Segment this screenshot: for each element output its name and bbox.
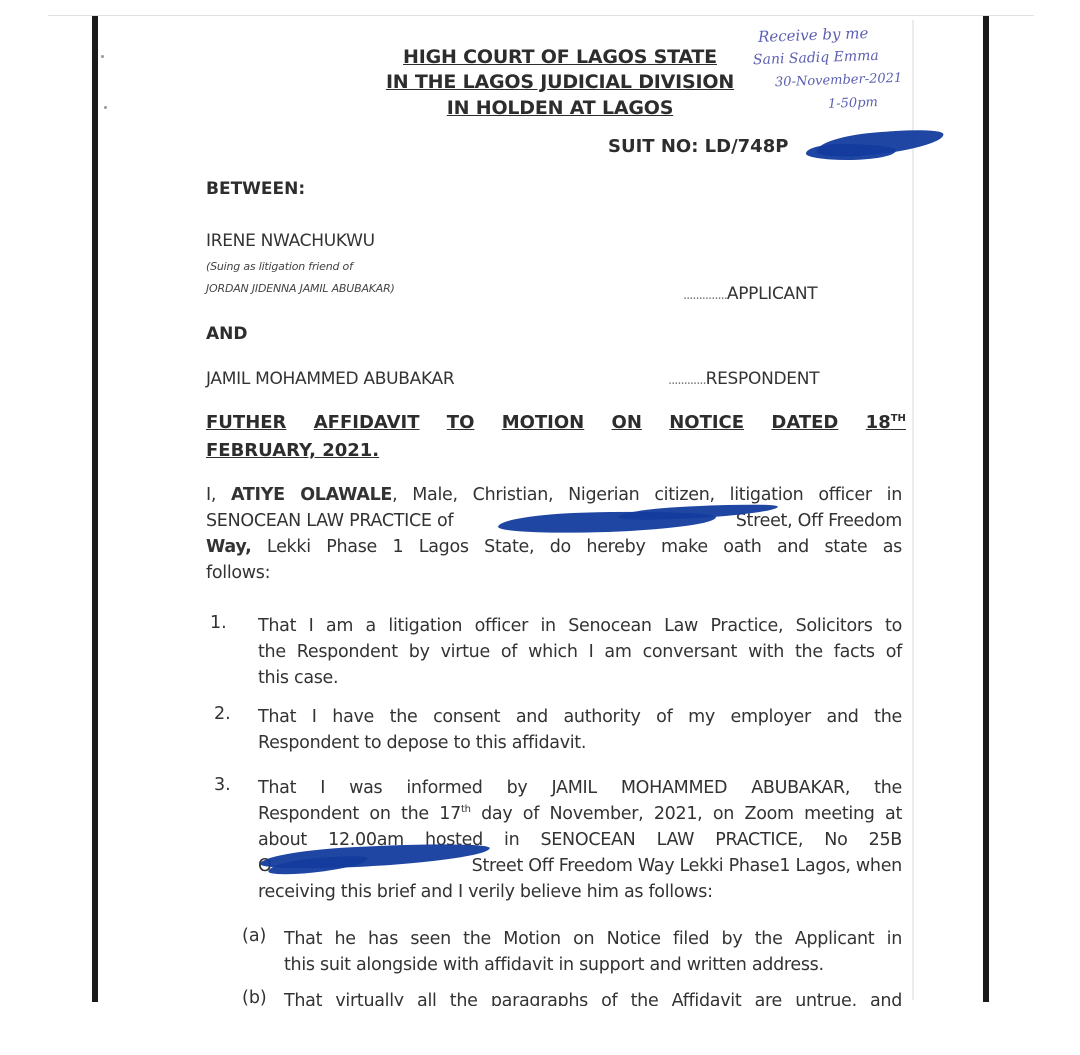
title-word: NOTICE (669, 412, 744, 433)
applicant-note-line-1: (Suing as litigation friend of (206, 260, 353, 273)
affidavit-page: HIGH COURT OF LAGOS STATE IN THE LAGOS J… (98, 16, 983, 1006)
respondent-name: JAMIL MOHAMMED ABUBAKAR (206, 369, 454, 389)
affidavit-title-line-2: FEBRUARY, 2021. (206, 440, 379, 461)
applicant-role: ..............APPLICANT (683, 284, 817, 304)
applicant-note-line-2: JORDAN JIDENNA JAMIL ABUBAKAR) (206, 282, 395, 295)
paragraph-2: That I have the consent and authority of… (258, 704, 902, 756)
sub-paragraph-label: (a) (242, 926, 266, 946)
leader-dots: .............. (683, 288, 727, 303)
page-border-right (983, 16, 989, 1002)
applicant-name: IRENE NWACHUKWU (206, 231, 375, 251)
sub-paragraph-a: That he has seen the Motion on Notice fi… (284, 926, 902, 978)
paragraph-number: 2. (214, 704, 231, 724)
deponent-name: ATIYE OLAWALE (231, 485, 392, 505)
title-word: TO (447, 412, 475, 433)
affidavit-title-line-1: FUTHERAFFIDAVITTOMOTIONONNOTICEDATED18TH (206, 412, 906, 433)
applicant-role-label: APPLICANT (727, 284, 818, 304)
paragraph-1: That I am a litigation officer in Senoce… (258, 613, 902, 691)
title-word: ON (612, 412, 642, 433)
redaction-mark (806, 144, 896, 160)
and-label: AND (206, 324, 248, 344)
title-word: MOTION (502, 412, 585, 433)
title-word: FUTHER (206, 412, 286, 433)
court-header-line-2: IN THE LAGOS JUDICIAL DIVISION (350, 71, 770, 93)
court-header-line-1: HIGH COURT OF LAGOS STATE (370, 46, 750, 68)
sub-paragraph-b: That virtually all the paragraphs of the… (284, 988, 902, 1006)
title-word: AFFIDAVIT (314, 412, 420, 433)
respondent-role: ............RESPONDENT (668, 369, 819, 389)
leader-dots: ............ (668, 373, 706, 388)
handwritten-note-line-4: 1-50pm (828, 95, 878, 112)
paragraph-3-line-2: Respondent on the 17th day of November, … (258, 801, 902, 827)
intro-line-3: Way, Lekki Phase 1 Lagos State, do hereb… (206, 534, 902, 560)
sub-paragraph-label: (b) (242, 988, 267, 1006)
between-label: BETWEEN: (206, 179, 305, 199)
respondent-role-label: RESPONDENT (706, 369, 820, 389)
paragraph-number: 1. (210, 613, 227, 633)
paragraph-3: That I was informed by JAMIL MOHAMMED AB… (258, 775, 902, 905)
title-word: 18TH (866, 412, 906, 433)
intro-line-4: follows: (206, 560, 902, 586)
handwritten-note-line-3: 30-November-2021 (775, 71, 903, 90)
title-word: DATED (771, 412, 838, 433)
suit-number: SUIT NO: LD/748P (608, 136, 788, 157)
intro-paragraph: I, ATIYE OLAWALE, Male, Christian, Niger… (206, 482, 902, 586)
handwritten-note-line-1: Receive by me (758, 24, 869, 46)
court-header-line-3: IN HOLDEN AT LAGOS (370, 97, 750, 119)
intro-line-1: I, ATIYE OLAWALE, Male, Christian, Niger… (206, 482, 902, 508)
paragraph-number: 3. (214, 775, 231, 795)
handwritten-note-line-2: Sani Sadiq Emma (753, 48, 879, 68)
